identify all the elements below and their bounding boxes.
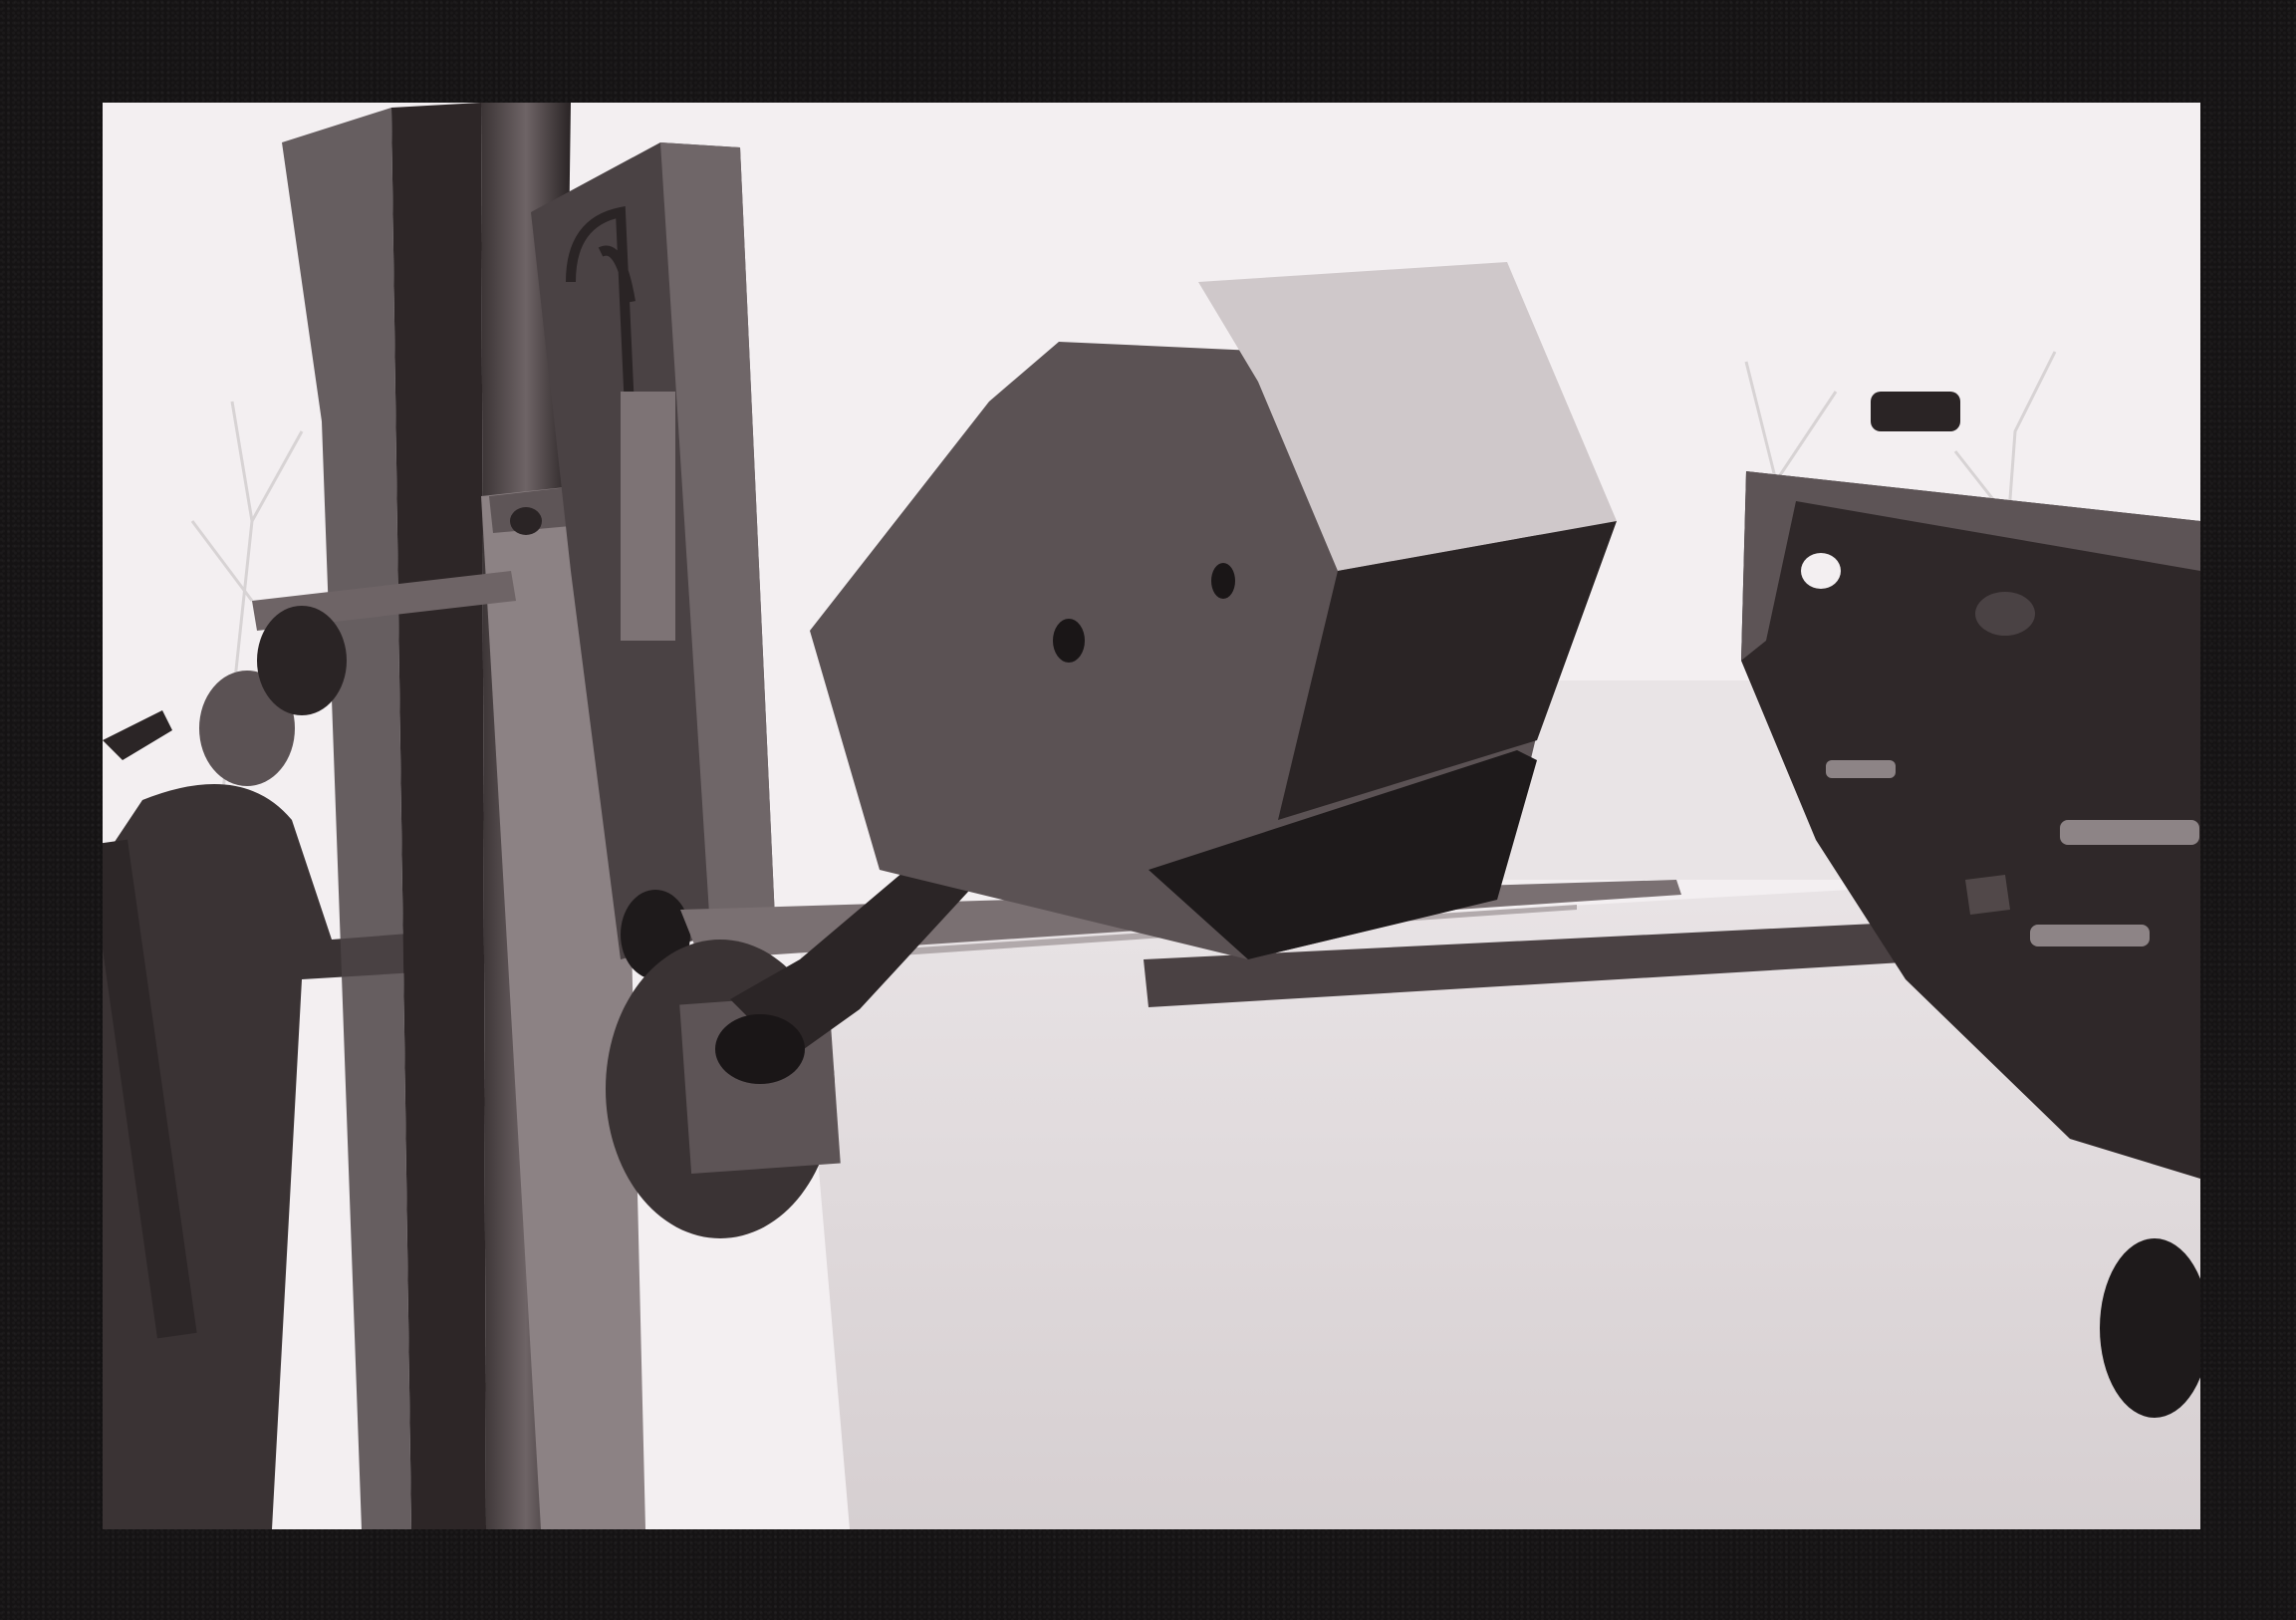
cast-iron-block bbox=[810, 262, 1617, 959]
photo-scene bbox=[103, 103, 2200, 1529]
photograph-print: Black-and-white photograph of a forklift… bbox=[103, 103, 2200, 1529]
